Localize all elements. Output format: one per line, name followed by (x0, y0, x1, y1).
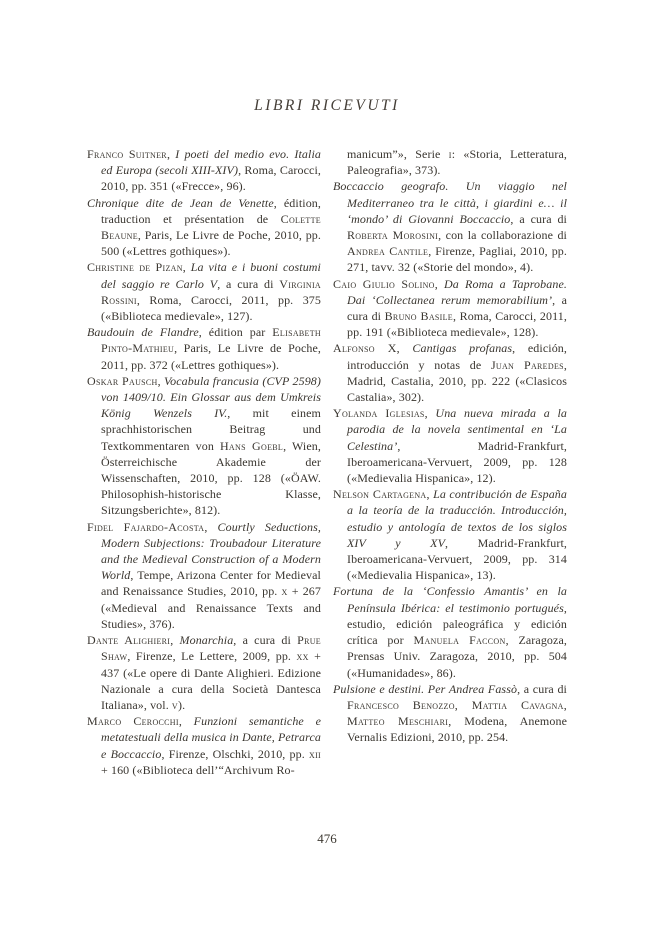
bibliography-entry: Fortuna de la ‘Confessio Amantis’ en la … (347, 583, 567, 680)
bibliography-columns: Franco Suitner, I poeti del medio evo. I… (87, 146, 567, 778)
bibliography-entry: Boccaccio geografo. Un viaggio nel Medit… (347, 178, 567, 275)
bibliography-entry: Christine de Pizan, La vita e i buoni co… (101, 259, 321, 324)
bibliography-entry: Marco Cerocchi, Funzioni semantiche e me… (101, 713, 321, 778)
journal-page: LIBRI RICEVUTI Franco Suitner, I poeti d… (0, 0, 650, 944)
column-left: Franco Suitner, I poeti del medio evo. I… (87, 146, 321, 778)
bibliography-entry: Chronique dite de Jean de Venette, éditi… (101, 195, 321, 260)
bibliography-entry: Pulsione e destini. Per Andrea Fassò, a … (347, 681, 567, 746)
bibliography-entry: Caio Giulio Solino, Da Roma a Taprobane.… (347, 276, 567, 341)
bibliography-entry: Dante Alighieri, Monarchia, a cura di Pr… (101, 632, 321, 713)
bibliography-entry: manicum”», Serie i: «Storia, Letteratura… (347, 146, 567, 178)
bibliography-entry: Yolanda Iglesias, Una nueva mirada a la … (347, 405, 567, 486)
bibliography-entry: Fidel Fajardo-Acosta, Courtly Seductions… (101, 519, 321, 632)
bibliography-entry: Baudouin de Flandre, édition par Elisabe… (101, 324, 321, 373)
page-number: 476 (87, 831, 567, 847)
bibliography-entry: Alfonso X, Cantigas profanas, edición, i… (347, 340, 567, 405)
page-title: LIBRI RICEVUTI (87, 97, 567, 115)
bibliography-entry: Oskar Pausch, Vocabula francusia (CVP 25… (101, 373, 321, 519)
column-right: manicum”», Serie i: «Storia, Letteratura… (333, 146, 567, 778)
bibliography-entry: Nelson Cartagena, La contribución de Esp… (347, 486, 567, 583)
bibliography-entry: Franco Suitner, I poeti del medio evo. I… (101, 146, 321, 195)
